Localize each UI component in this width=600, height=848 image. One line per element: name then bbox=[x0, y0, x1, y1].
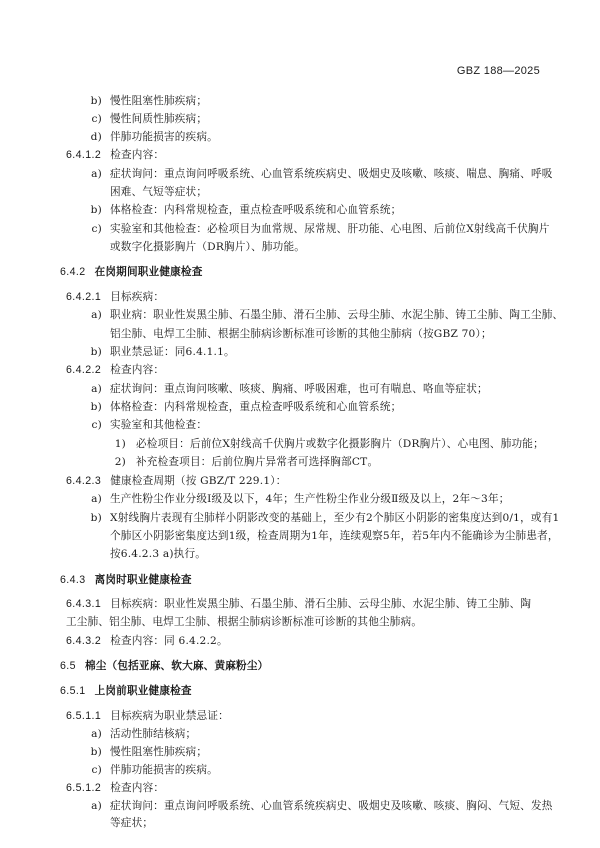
list-item: b)X射线胸片表现有尘肺样小阴影改变的基础上，至少有2个肺区小阴影的密集度达到0… bbox=[80, 511, 559, 525]
list-label: a) bbox=[80, 308, 102, 322]
clause-number: 6.4.2.3 bbox=[66, 475, 101, 487]
list-item: a)症状询问：重点询问呼吸系统、心血管系统疾病史、吸烟史及咳嗽、咳痰、喘息、胸痛… bbox=[80, 167, 553, 181]
list-label: a) bbox=[80, 799, 102, 813]
list-item: c)慢性间质性肺疾病； bbox=[80, 112, 207, 126]
list-text: 伴肺功能损害的疾病。 bbox=[110, 131, 218, 143]
document-header-id: GBZ 188—2025 bbox=[457, 65, 540, 77]
list-item: a)职业病：职业性炭黑尘肺、石墨尘肺、滑石尘肺、云母尘肺、水泥尘肺、铸工尘肺、陶… bbox=[80, 308, 563, 322]
clause-text: 检查内容： bbox=[110, 364, 164, 376]
clause-text: 健康检查周期（按 GBZ/T 229.1）： bbox=[110, 475, 286, 487]
list-text: 慢性阻塞性肺疾病； bbox=[110, 746, 207, 758]
list-text: X射线胸片表现有尘肺样小阴影改变的基础上，至少有2个肺区小阴影的密集度达到0/1… bbox=[110, 512, 559, 524]
section-number: 6.5.1 bbox=[60, 685, 86, 697]
section-number: 6.4.3 bbox=[60, 574, 86, 586]
list-item: c)实验室和其他检查：必检项目为血常规、尿常规、肝功能、心电图、后前位X射线高千… bbox=[80, 222, 550, 236]
list-item: b)体格检查：内科常规检查，重点检查呼吸系统和心血管系统； bbox=[80, 400, 401, 414]
clause-text: 检查内容：同 6.4.2.2。 bbox=[110, 635, 228, 647]
clause-heading: 6.4.3.2检查内容：同 6.4.2.2。 bbox=[66, 634, 228, 648]
list-text: 体格检查：内科常规检查，重点检查呼吸系统和心血管系统； bbox=[110, 401, 401, 413]
list-item-continuation: 铝尘肺、电焊工尘肺、根据尘肺病诊断标准可诊断的其他尘肺病（按GBZ 70）； bbox=[110, 327, 492, 341]
section-title: 在岗期间职业健康检查 bbox=[95, 266, 203, 278]
clause-text: 目标疾病为职业禁忌证： bbox=[110, 710, 229, 722]
list-label: c) bbox=[80, 112, 102, 126]
list-label: d) bbox=[80, 130, 102, 144]
list-text: 慢性间质性肺疾病； bbox=[110, 113, 207, 125]
clause-text: 检查内容： bbox=[110, 149, 164, 161]
list-text: 症状询问：重点询问呼吸系统、心血管系统疾病史、吸烟史及咳嗽、咳痰、喘息、胸痛、呼… bbox=[110, 168, 553, 180]
list-text: 伴肺功能损害的疾病。 bbox=[110, 764, 218, 776]
list-item: d)伴肺功能损害的疾病。 bbox=[80, 130, 218, 144]
list-label: c) bbox=[80, 418, 102, 432]
clause-heading: 6.4.1.2检查内容： bbox=[66, 148, 164, 162]
list-item: c)实验室和其他检查： bbox=[80, 418, 207, 432]
list-item: a)症状询问：重点询问咳嗽、咳痰、胸痛、呼吸困难，也可有喘息、咯血等症状； bbox=[80, 382, 488, 396]
list-label: a) bbox=[80, 382, 102, 396]
list-label: b) bbox=[80, 745, 102, 759]
list-item-continuation: 按6.4.2.3 a)执行。 bbox=[110, 547, 206, 561]
sub-list-text: 补充检查项目：后前位胸片异常者可选择胸部CT。 bbox=[136, 456, 378, 468]
clause-text: 目标疾病： bbox=[110, 291, 164, 303]
list-label: b) bbox=[80, 400, 102, 414]
clause-heading: 6.4.2.1目标疾病： bbox=[66, 290, 164, 304]
list-label: b) bbox=[80, 345, 102, 359]
list-text: 生产性粉尘作业分级Ⅰ级及以下，4年；生产性粉尘作业分级Ⅱ级及以上，2年～3年； bbox=[110, 493, 510, 505]
clause-number: 6.4.3.2 bbox=[66, 635, 101, 647]
list-item-continuation: 等症状； bbox=[110, 816, 153, 830]
clause-heading: 6.5.1.1目标疾病为职业禁忌证： bbox=[66, 709, 229, 723]
section-heading: 6.5.1上岗前职业健康检查 bbox=[60, 684, 192, 698]
sub-list-label: 2) bbox=[108, 455, 126, 469]
list-label: b) bbox=[80, 203, 102, 217]
section-title: 棉尘（包括亚麻、软大麻、黄麻粉尘） bbox=[85, 660, 269, 672]
list-item: b)体格检查：内科常规检查，重点检查呼吸系统和心血管系统； bbox=[80, 203, 401, 217]
clause-number: 6.4.1.2 bbox=[66, 149, 101, 161]
sub-list-item: 1)必检项目：后前位X射线高千伏胸片或数字化摄影胸片（DR胸片）、心电图、肺功能… bbox=[108, 437, 544, 451]
list-text: 职业病：职业性炭黑尘肺、石墨尘肺、滑石尘肺、云母尘肺、水泥尘肺、铸工尘肺、陶工尘… bbox=[110, 309, 563, 321]
sub-list-text: 必检项目：后前位X射线高千伏胸片或数字化摄影胸片（DR胸片）、心电图、肺功能； bbox=[136, 438, 544, 450]
list-item: c)伴肺功能损害的疾病。 bbox=[80, 763, 218, 777]
list-text: 症状询问：重点询问咳嗽、咳痰、胸痛、呼吸困难，也可有喘息、咯血等症状； bbox=[110, 383, 488, 395]
clause-heading: 6.4.3.1目标疾病：职业性炭黑尘肺、石墨尘肺、滑石尘肺、云母尘肺、水泥尘肺、… bbox=[66, 597, 531, 611]
list-text: 体格检查：内科常规检查，重点检查呼吸系统和心血管系统； bbox=[110, 204, 401, 216]
clause-heading: 6.4.2.2检查内容： bbox=[66, 363, 164, 377]
list-label: a) bbox=[80, 727, 102, 741]
clause-number: 6.5.1.1 bbox=[66, 710, 101, 722]
list-text: 实验室和其他检查： bbox=[110, 419, 207, 431]
list-text: 职业禁忌证：同6.4.1.1。 bbox=[110, 346, 235, 358]
clause-text: 目标疾病：职业性炭黑尘肺、石墨尘肺、滑石尘肺、云母尘肺、水泥尘肺、铸工尘肺、陶 bbox=[110, 598, 531, 610]
list-item: b)慢性阻塞性肺疾病； bbox=[80, 94, 207, 108]
list-text: 症状询问：重点询问呼吸系统、心血管系统疾病史、吸烟史及咳嗽、咳痰、胸闷、气短、发… bbox=[110, 800, 553, 812]
list-text: 活动性肺结核病； bbox=[110, 728, 196, 740]
section-title: 离岗时职业健康检查 bbox=[95, 574, 192, 586]
clause-number: 6.5.1.2 bbox=[66, 782, 101, 794]
list-label: b) bbox=[80, 511, 102, 525]
list-item-continuation: 困难、气短等症状； bbox=[110, 185, 207, 199]
list-label: c) bbox=[80, 222, 102, 236]
section-heading: 6.4.2在岗期间职业健康检查 bbox=[60, 265, 203, 279]
list-item: a)症状询问：重点询问呼吸系统、心血管系统疾病史、吸烟史及咳嗽、咳痰、胸闷、气短… bbox=[80, 799, 553, 813]
list-label: a) bbox=[80, 167, 102, 181]
list-item: b)职业禁忌证：同6.4.1.1。 bbox=[80, 345, 235, 359]
sub-list-label: 1) bbox=[108, 437, 126, 451]
list-item: a)活动性肺结核病； bbox=[80, 727, 196, 741]
clause-continuation: 工尘肺、铝尘肺、电焊工尘肺、根据尘肺病诊断标准可诊断的其他尘肺病。 bbox=[66, 615, 422, 629]
list-label: b) bbox=[80, 94, 102, 108]
clause-heading: 6.4.2.3健康检查周期（按 GBZ/T 229.1）： bbox=[66, 474, 287, 488]
list-text: 慢性阻塞性肺疾病； bbox=[110, 95, 207, 107]
sub-list-item: 2)补充检查项目：后前位胸片异常者可选择胸部CT。 bbox=[108, 455, 378, 469]
list-label: c) bbox=[80, 763, 102, 777]
clause-number: 6.4.2.2 bbox=[66, 364, 101, 376]
clause-number: 6.4.2.1 bbox=[66, 291, 101, 303]
document-page: GBZ 188—2025 b)慢性阻塞性肺疾病； c)慢性间质性肺疾病； d)伴… bbox=[0, 0, 600, 848]
list-label: a) bbox=[80, 492, 102, 506]
section-number: 6.5 bbox=[60, 660, 76, 672]
list-item-continuation: 个肺区小阴影密集度达到1级，检查周期为1年，连续观察5年，若5年内不能确诊为尘肺… bbox=[110, 529, 559, 543]
section-heading: 6.4.3离岗时职业健康检查 bbox=[60, 573, 192, 587]
section-number: 6.4.2 bbox=[60, 266, 86, 278]
list-item: a)生产性粉尘作业分级Ⅰ级及以下，4年；生产性粉尘作业分级Ⅱ级及以上，2年～3年… bbox=[80, 492, 510, 506]
clause-number: 6.4.3.1 bbox=[66, 598, 101, 610]
list-text: 实验室和其他检查：必检项目为血常规、尿常规、肝功能、心电图、后前位X射线高千伏胸… bbox=[110, 223, 550, 235]
section-title: 上岗前职业健康检查 bbox=[95, 685, 192, 697]
list-item-continuation: 或数字化摄影胸片（DR胸片）、肺功能。 bbox=[110, 240, 305, 254]
clause-text: 检查内容： bbox=[110, 782, 164, 794]
list-item: b)慢性阻塞性肺疾病； bbox=[80, 745, 207, 759]
section-heading: 6.5棉尘（包括亚麻、软大麻、黄麻粉尘） bbox=[60, 659, 268, 673]
clause-heading: 6.5.1.2检查内容： bbox=[66, 781, 164, 795]
